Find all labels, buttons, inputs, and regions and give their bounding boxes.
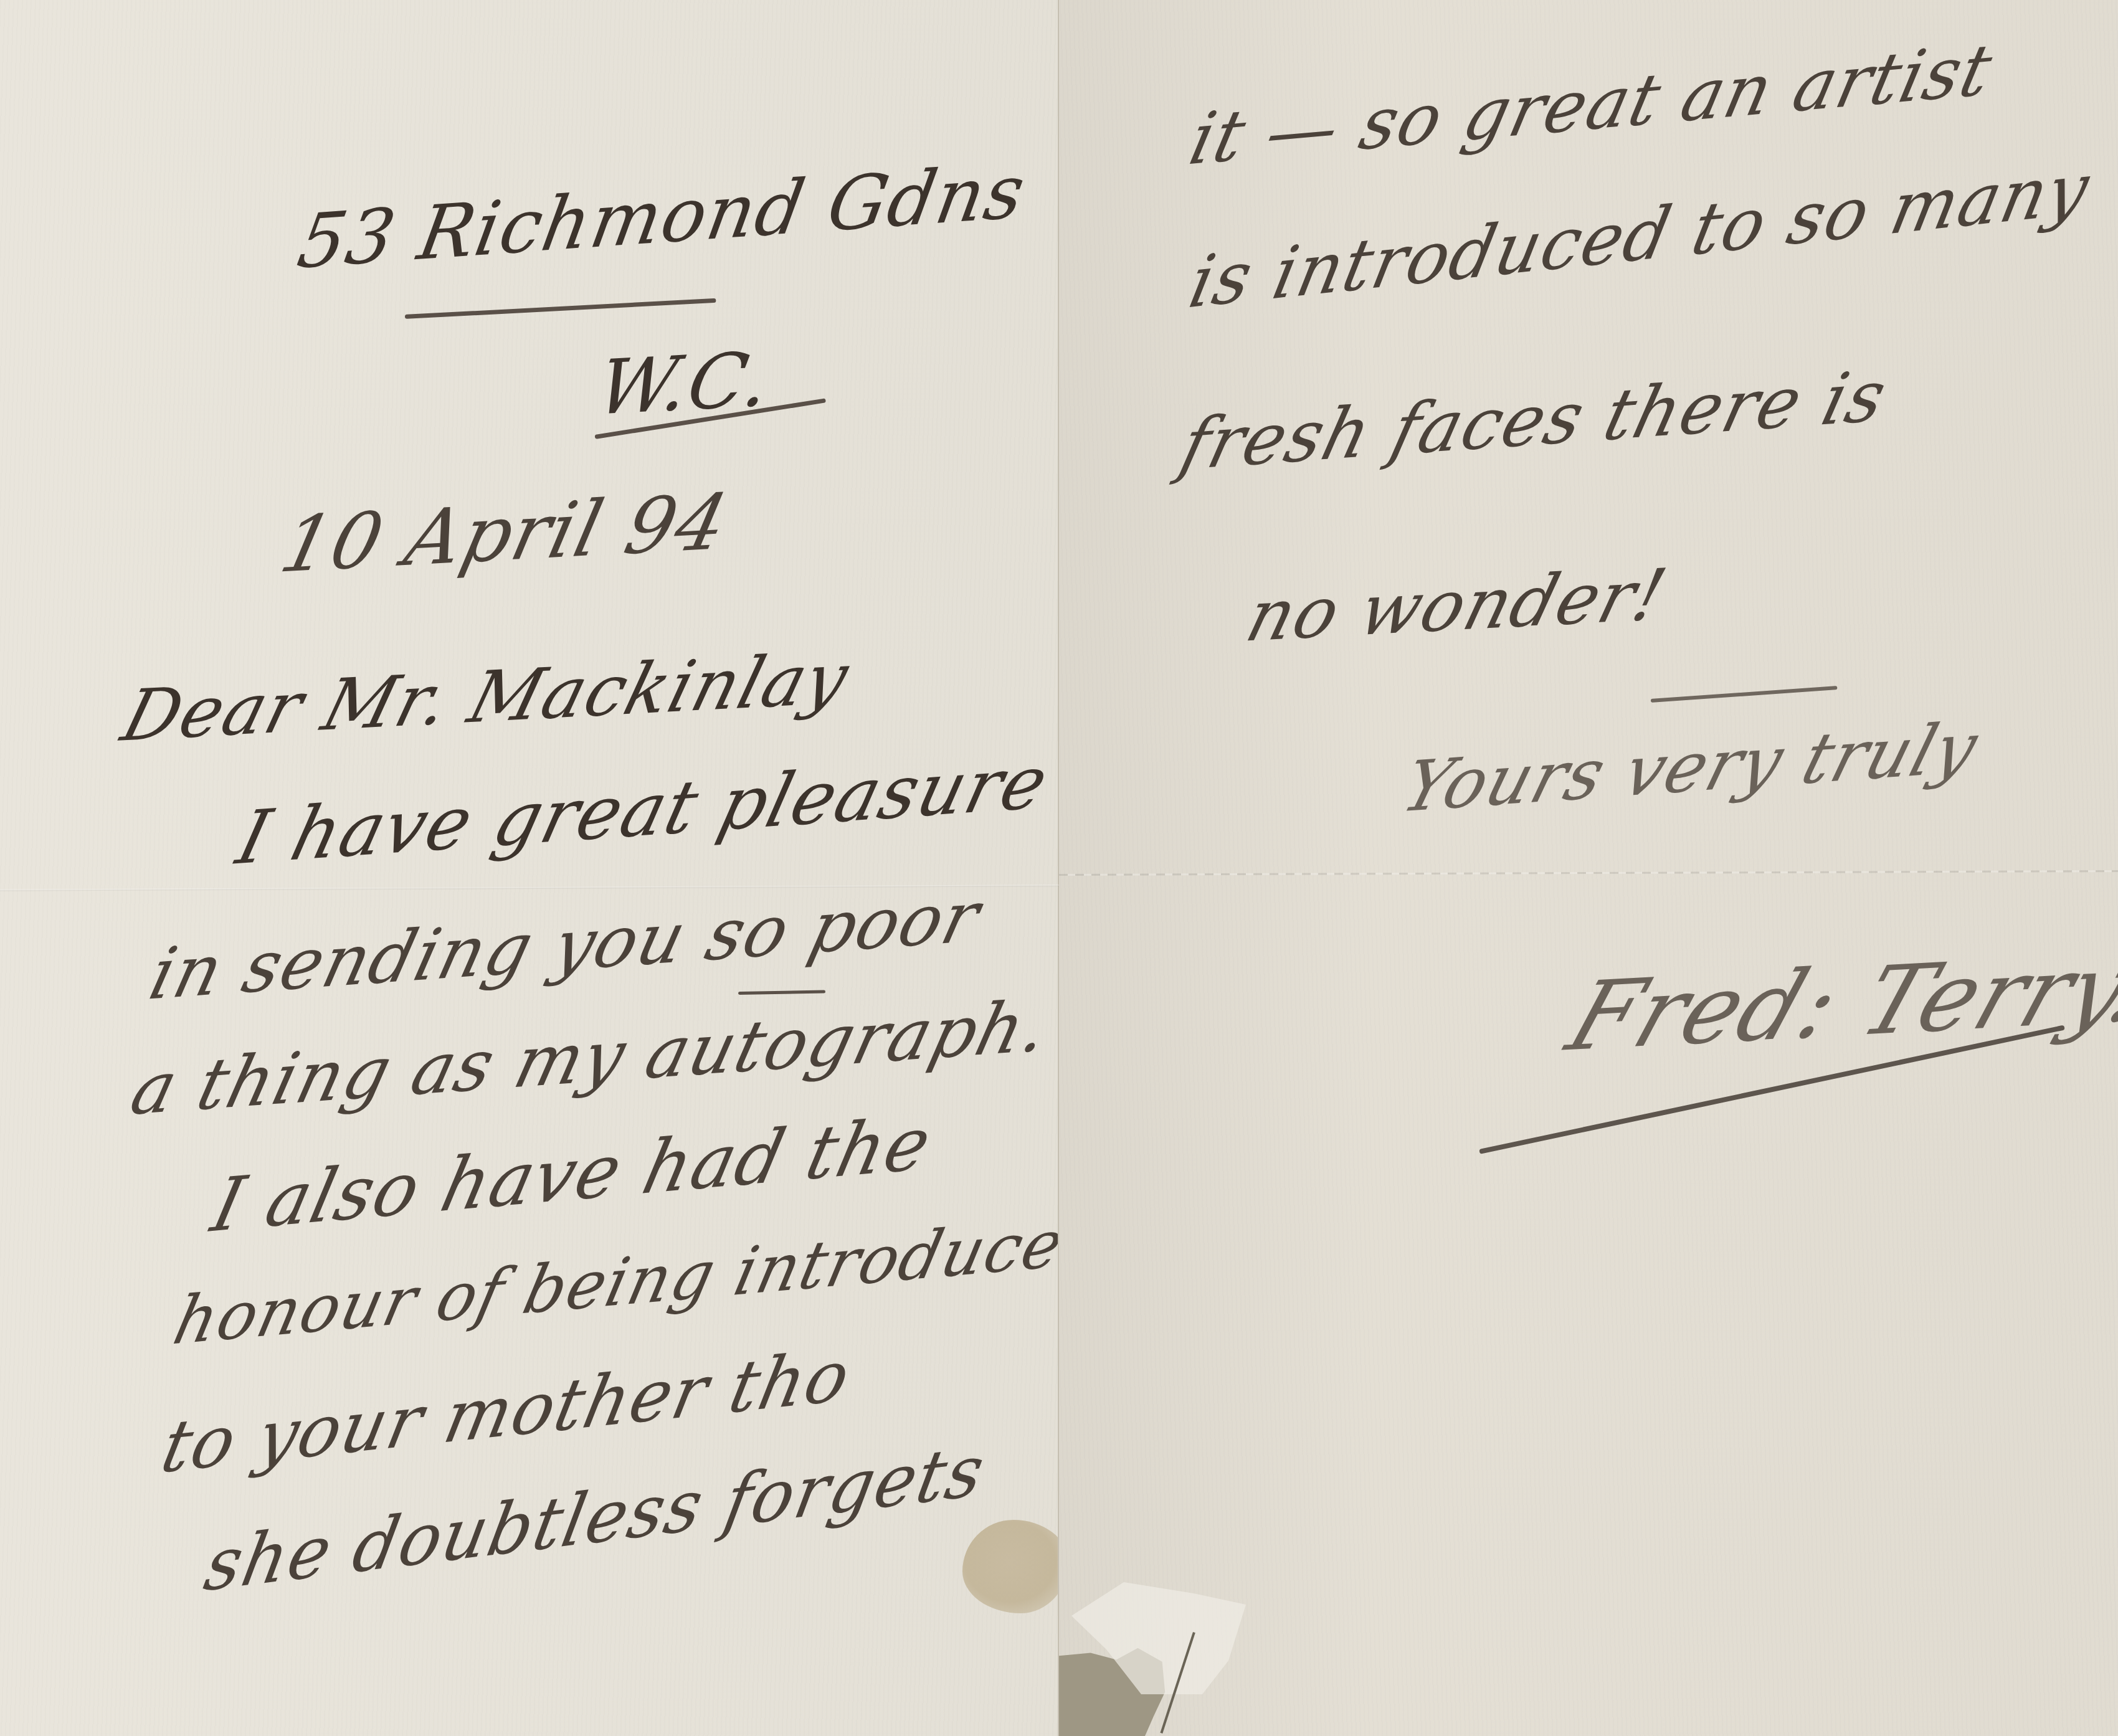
body-line-4: I also have had the [206, 1107, 938, 1243]
body-line-1: I have great pleasure [230, 746, 1055, 876]
body-line-9: is introduced to so many [1184, 153, 2096, 319]
letter-scan: 53 Richmond Gdns W.C. 10 April 94 Dear M… [0, 0, 2118, 1736]
salutation: Dear Mr. Mackinlay [115, 643, 857, 752]
letter-page-left: 53 Richmond Gdns W.C. 10 April 94 Dear M… [0, 0, 1059, 1736]
body-line-11: no wonder! [1240, 559, 1674, 652]
water-stain [962, 1520, 1059, 1613]
letter-date: 10 April 94 [274, 483, 735, 584]
body-line-8: it — so great an artist [1184, 34, 1999, 176]
signature: Fred: Terry. [1557, 940, 2118, 1065]
address-underline-top [405, 298, 716, 319]
body-line-10: fresh faces there is [1174, 361, 1894, 481]
body-line-2: in sending you so poor [143, 881, 987, 1010]
closing-flourish [1651, 686, 1838, 703]
underline-poor [738, 990, 825, 995]
closing: Yours very truly [1395, 712, 1986, 822]
letter-page-right: it — so great an artist is introduced to… [1059, 0, 2118, 1736]
address-street: 53 Richmond Gdns [293, 154, 1031, 279]
